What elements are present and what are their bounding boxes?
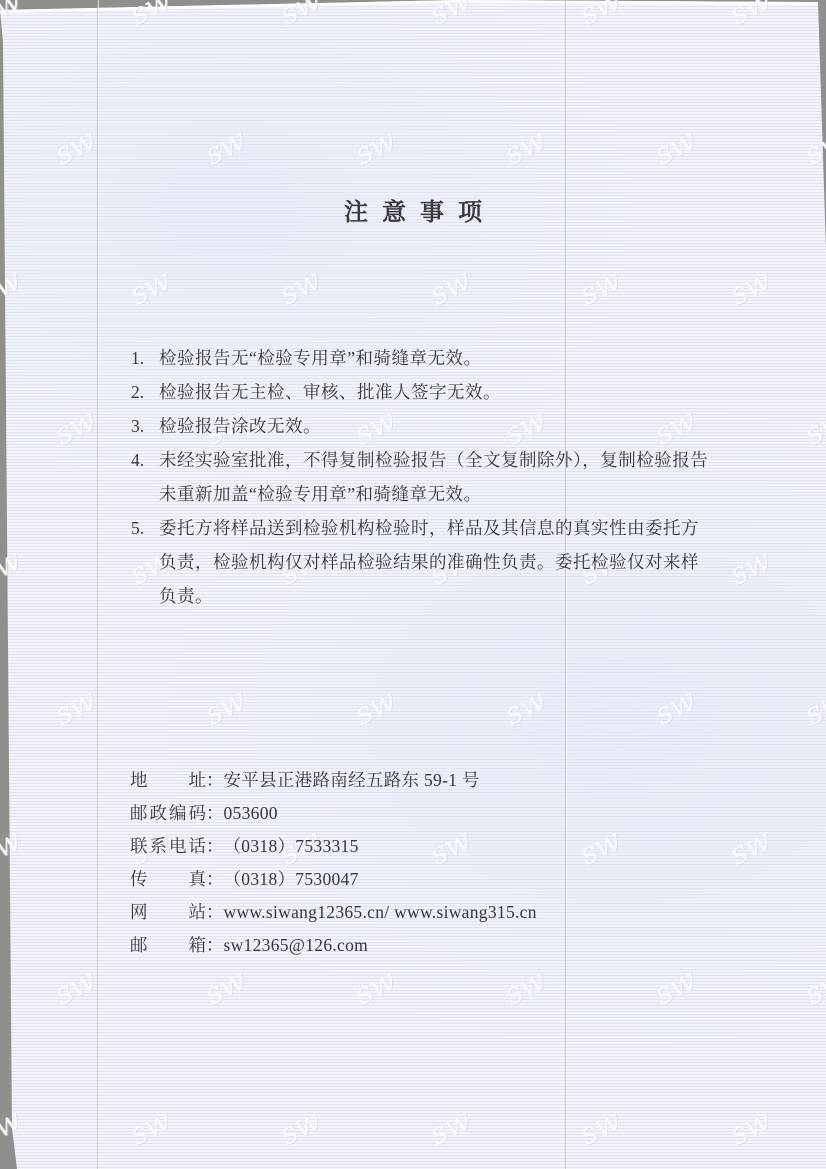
note-text: 检验报告涂改无效。 xyxy=(159,409,711,443)
fold-line-left xyxy=(97,0,98,1169)
contact-row-fax: 传真：（0318）7530047 xyxy=(130,863,537,896)
contact-value: （0318）7530047 xyxy=(224,863,359,896)
contact-label: 联系电话 xyxy=(130,830,206,863)
contact-row-phone: 联系电话：（0318）7533315 xyxy=(130,830,537,863)
note-number: 1. xyxy=(131,341,159,375)
contact-label: 网站 xyxy=(130,896,206,929)
note-text: 委托方将样品送到检验机构检验时，样品及其信息的真实性由委托方负责，检验机构仅对样… xyxy=(159,511,711,613)
contact-colon: ： xyxy=(206,764,224,797)
contact-block: 地址：安平县正港路南经五路东 59-1 号 邮政编码：053600 联系电话：（… xyxy=(130,764,537,962)
note-text: 检验报告无“检验专用章”和骑缝章无效。 xyxy=(159,341,711,375)
contact-value: sw12365@126.com xyxy=(224,929,369,962)
note-text: 未经实验室批准，不得复制检验报告（全文复制除外），复制检验报告未重新加盖“检验专… xyxy=(159,443,711,511)
contact-row-website: 网站：www.siwang12365.cn/ www.siwang315.cn xyxy=(130,896,537,929)
note-item: 4. 未经实验室批准，不得复制检验报告（全文复制除外），复制检验报告未重新加盖“… xyxy=(131,443,711,511)
note-number: 2. xyxy=(131,375,159,409)
contact-colon: ： xyxy=(206,896,224,929)
contact-label: 邮政编码 xyxy=(130,797,206,830)
contact-value: www.siwang12365.cn/ www.siwang315.cn xyxy=(224,896,537,929)
contact-colon: ： xyxy=(206,863,224,896)
contact-colon: ： xyxy=(206,797,224,830)
notes-list: 1. 检验报告无“检验专用章”和骑缝章无效。 2. 检验报告无主检、审核、批准人… xyxy=(131,341,711,613)
page-title: 注意事项 xyxy=(0,192,826,227)
note-item: 5. 委托方将样品送到检验机构检验时，样品及其信息的真实性由委托方负责，检验机构… xyxy=(131,511,711,613)
contact-row-email: 邮箱：sw12365@126.com xyxy=(130,929,537,962)
contact-value: （0318）7533315 xyxy=(224,830,359,863)
contact-value: 053600 xyxy=(224,797,278,830)
note-item: 2. 检验报告无主检、审核、批准人签字无效。 xyxy=(131,375,711,409)
contact-row-postcode: 邮政编码：053600 xyxy=(130,797,537,830)
contact-label: 地址 xyxy=(130,764,206,797)
scanned-page: swswswswswswswswswswswswswswswswswswswsw… xyxy=(0,0,826,1169)
contact-colon: ： xyxy=(206,929,224,962)
contact-colon: ： xyxy=(206,830,224,863)
contact-label: 传真 xyxy=(130,863,206,896)
note-number: 5. xyxy=(131,511,159,545)
note-text: 检验报告无主检、审核、批准人签字无效。 xyxy=(159,375,711,409)
note-item: 3. 检验报告涂改无效。 xyxy=(131,409,711,443)
note-number: 4. xyxy=(131,443,159,477)
note-number: 3. xyxy=(131,409,159,443)
contact-row-address: 地址：安平县正港路南经五路东 59-1 号 xyxy=(130,764,537,797)
note-item: 1. 检验报告无“检验专用章”和骑缝章无效。 xyxy=(131,341,711,375)
contact-value: 安平县正港路南经五路东 59-1 号 xyxy=(224,764,480,797)
contact-label: 邮箱 xyxy=(130,929,206,962)
